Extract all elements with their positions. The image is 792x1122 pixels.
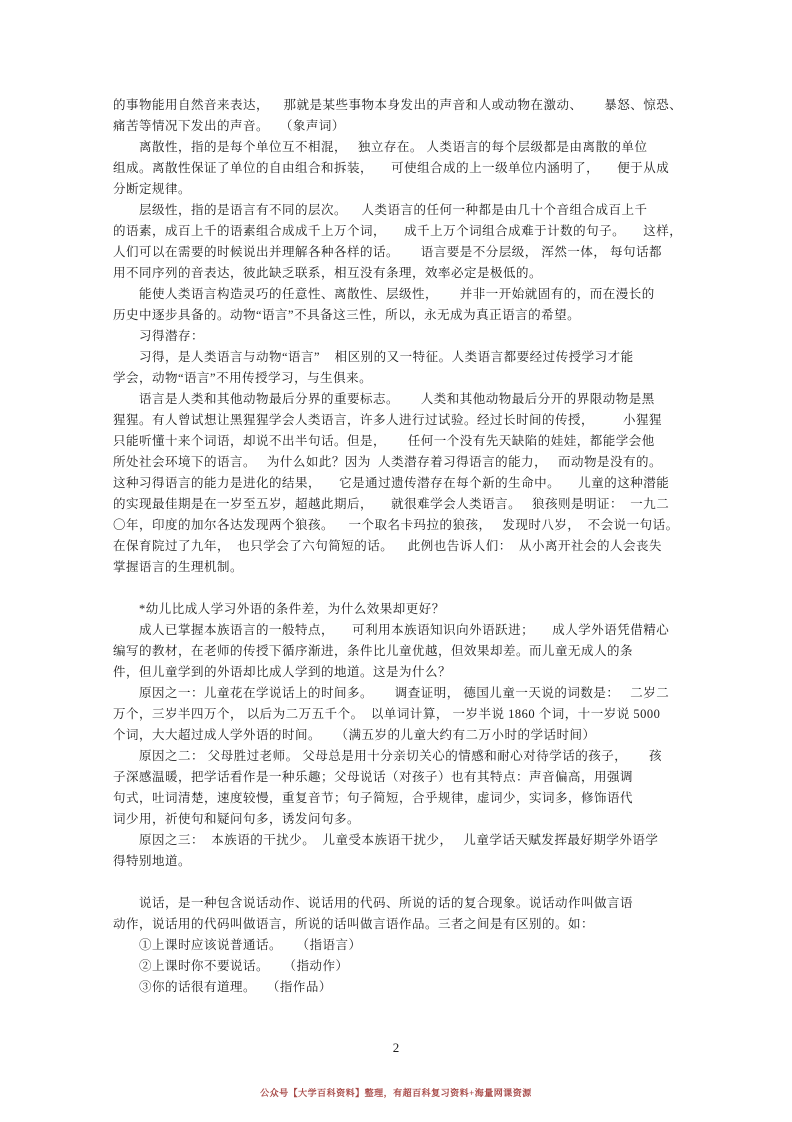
text-line: 语言是人类和其他动物最后分界的重要标志。 人类和其他动物最后分开的界限动物是黑 <box>113 389 688 410</box>
text-line: 习得潜存： <box>113 326 688 347</box>
text-line: 原因之一：儿童花在学说话上的时间多。 调查证明， 德国儿童一天说的词数是： 二岁… <box>113 683 688 704</box>
text-line <box>113 872 688 893</box>
text-line: 层级性，指的是语言有不同的层次。 人类语言的任何一种都是由几十个音组合成百上千 <box>113 200 688 221</box>
text-line: 词少用，祈使句和疑问句多，诱发问句多。 <box>113 809 688 830</box>
footer-note: 公众号【大学百科资料】整理，有超百科复习资料+海量网课资源 <box>0 1086 792 1099</box>
text-line: 在保育院过了九年， 也只学会了六句简短的话。 此例也告诉人们： 从小离开社会的人… <box>113 536 688 557</box>
text-line: 子深感温暖，把学话看作是一种乐趣；父母说话（对孩子）也有其特点：声音偏高，用强调 <box>113 767 688 788</box>
text-line: 〇年，印度的加尔各达发现两个狼孩。 一个取名卡玛拉的狼孩， 发现时八岁， 不会说… <box>113 515 688 536</box>
text-line: 用不同序列的音表达，彼此缺乏联系，相互没有条理，效率必定是极低的。 <box>113 263 688 284</box>
text-line: 这种习得语言的能力是进化的结果， 它是通过遗传潜存在每个新的生命中。 儿童的这种… <box>113 473 688 494</box>
text-line: 的语素，成百上千的语素组合成成千上万个词， 成千上万个词组合成难于计数的句子。 … <box>113 221 688 242</box>
text-line: 能使人类语言构造灵巧的任意性、离散性、层级性， 并非一开始就固有的，而在漫长的 <box>113 284 688 305</box>
text-line <box>113 578 688 599</box>
page-number: 2 <box>0 1040 792 1056</box>
text-line: 句式，吐词清楚，速度较慢，重复音节；句子简短，合乎规律，虚词少，实词多，修饰语代 <box>113 788 688 809</box>
text-line: 成人已掌握本族语言的一般特点， 可利用本族语知识向外语跃进； 成人学外语凭借精心 <box>113 620 688 641</box>
text-line: 编写的教材，在老师的传授下循序渐进，条件比儿童优越，但效果却差。而儿童无成人的条 <box>113 641 688 662</box>
text-line: 所处社会环境下的语言。 为什么如此？因为 人类潜存着习得语言的能力， 而动物是没… <box>113 452 688 473</box>
text-line: 历史中逐步具备的。动物“语言”不具备这三性，所以，永无成为真正语言的希望。 <box>113 305 688 326</box>
text-line: ②上课时你不要说话。 （指动作） <box>113 956 688 977</box>
text-line: 原因之三： 本族语的干扰少。 儿童受本族语干扰少， 儿童学话天赋发挥最好期学外语… <box>113 830 688 851</box>
text-line: 件，但儿童学到的外语却比成人学到的地道。这是为什么？ <box>113 662 688 683</box>
text-line: 只能听懂十来个词语，却说不出半句话。但是， 任何一个没有先天缺陷的娃娃，都能学会… <box>113 431 688 452</box>
document-page: 的事物能用自然音来表达， 那就是某些事物本身发出的声音和人或动物在激动、 暴怒、… <box>0 0 792 1122</box>
text-line: ③你的话很有道理。 （指作品） <box>113 977 688 998</box>
text-line: 的事物能用自然音来表达， 那就是某些事物本身发出的声音和人或动物在激动、 暴怒、… <box>113 95 688 116</box>
text-line: 组成。离散性保证了单位的自由组合和拆装， 可使组合成的上一级单位内涵明了， 便于… <box>113 158 688 179</box>
body-text: 的事物能用自然音来表达， 那就是某些事物本身发出的声音和人或动物在激动、 暴怒、… <box>113 95 688 998</box>
text-line: ①上课时应该说普通话。 （指语言） <box>113 935 688 956</box>
text-line: 得特别地道。 <box>113 851 688 872</box>
text-line: 分断定规律。 <box>113 179 688 200</box>
text-line: 学会，动物“语言”不用传授学习，与生俱来。 <box>113 368 688 389</box>
text-line: 原因之二： 父母胜过老师。 父母总是用十分亲切关心的情感和耐心对待学话的孩子， … <box>113 746 688 767</box>
text-line: 的实现最佳期是在一岁至五岁，超越此期后， 就很难学会人类语言。 狼孩则是明证： … <box>113 494 688 515</box>
text-line: 万个，三岁半四万个， 以后为二万五千个。 以单词计算， 一岁半说 1860 个词… <box>113 704 688 725</box>
text-line: 动作，说话用的代码叫做语言，所说的话叫做言语作品。三者之间是有区别的。如： <box>113 914 688 935</box>
text-line: 猩猩。有人曾试想让黑猩猩学会人类语言，许多人进行过试验。经过长时间的传授， 小猩… <box>113 410 688 431</box>
text-line: 个词，大大超过成人学外语的时间。 （满五岁的儿童大约有二万小时的学话时间） <box>113 725 688 746</box>
text-line: *幼儿比成人学习外语的条件差，为什么效果却更好？ <box>113 599 688 620</box>
text-line: 掌握语言的生理机制。 <box>113 557 688 578</box>
text-line: 离散性，指的是每个单位互不相混， 独立存在。 人类语言的每个层级都是由离散的单位 <box>113 137 688 158</box>
text-line: 人们可以在需要的时候说出并理解各种各样的话。 语言要是不分层级， 浑然一体， 每… <box>113 242 688 263</box>
text-line: 习得，是人类语言与动物“语言” 相区别的又一特征。人类语言都要经过传授学习才能 <box>113 347 688 368</box>
text-line: 痛苦等情况下发出的声音。 （象声词） <box>113 116 688 137</box>
text-line: 说话，是一种包含说话动作、说话用的代码、所说的话的复合现象。说话动作叫做言语 <box>113 893 688 914</box>
